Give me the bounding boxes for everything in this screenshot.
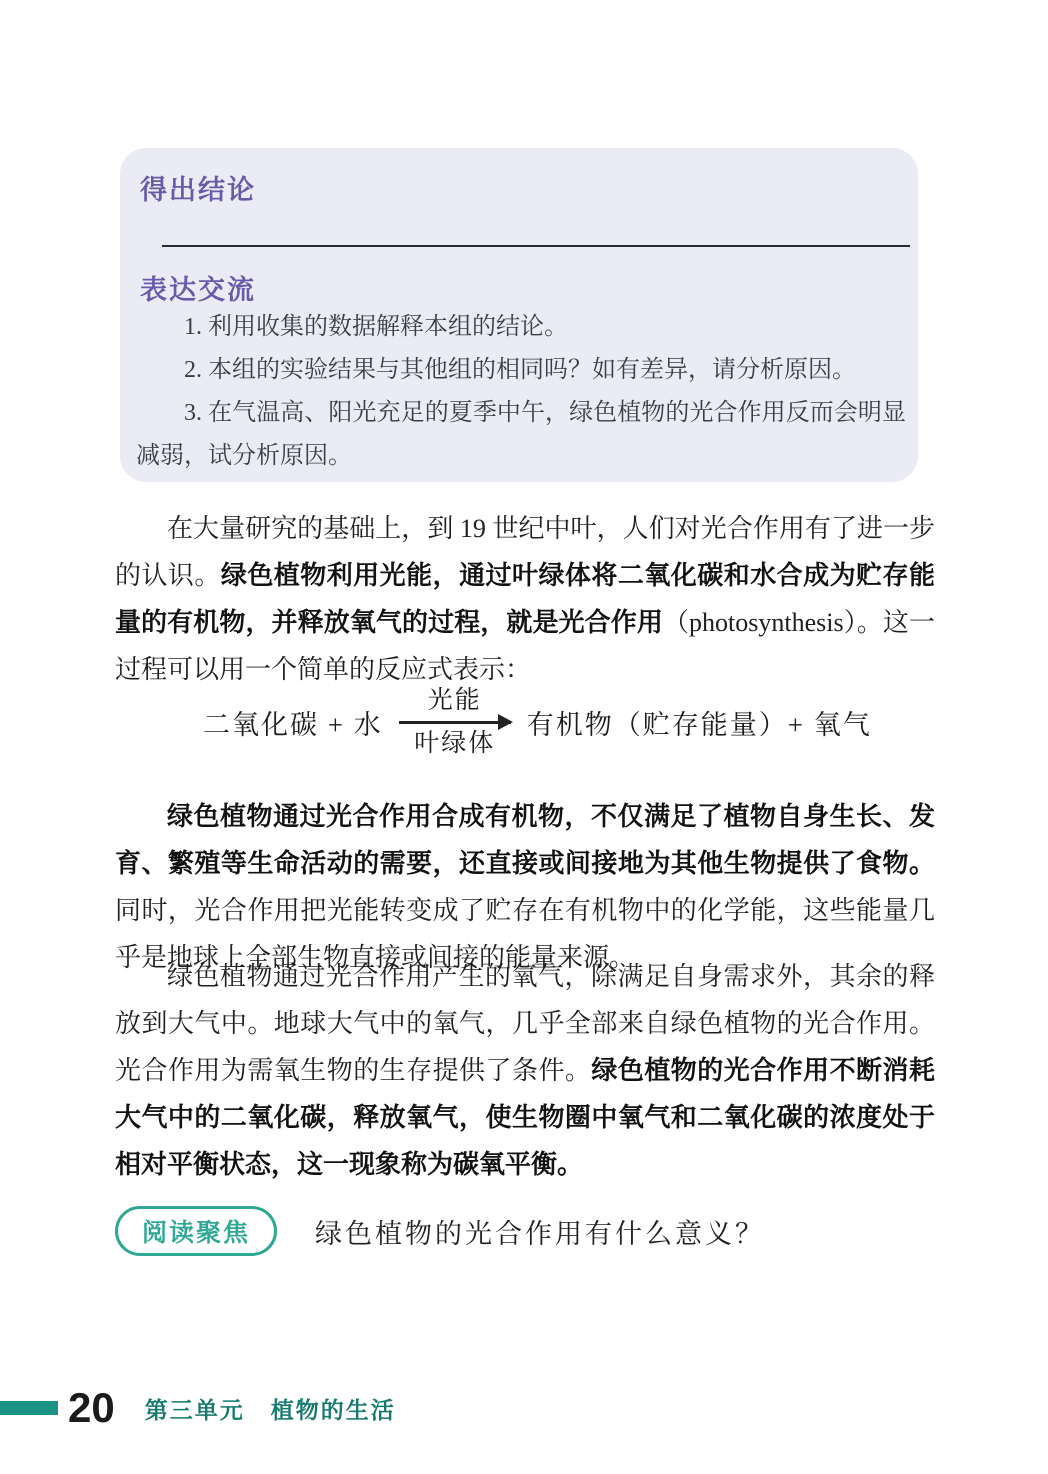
paragraph-photosynthesis-definition: 在大量研究的基础上，到 19 世纪中叶，人们对光合作用有了进一步的认识。绿色植物… [115,505,935,693]
discussion-item-2: 2. 本组的实验结果与其他组的相同吗？如有差异，请分析原因。 [136,349,906,392]
photosynthesis-equation: 二氧化碳 + 水 光能 叶绿体 有机物（贮存能量）+ 氧气 [115,686,935,759]
equation-condition-light: 光能 [428,686,482,716]
reading-focus-row: 阅读聚焦 绿色植物的光合作用有什么意义？ [115,1206,765,1256]
discussion-item-3: 3. 在气温高、阳光充足的夏季中午，绿色植物的光合作用反而会明显减弱，试分析原因… [136,392,906,478]
equation-reactants: 二氧化碳 + 水 [203,703,383,742]
activity-box: 得出结论 表达交流 1. 利用收集的数据解释本组的结论。 2. 本组的实验结果与… [120,148,918,482]
discussion-item-1: 1. 利用收集的数据解释本组的结论。 [136,306,906,349]
right-arrow-icon [399,721,511,724]
section-heading-exchange: 表达交流 [140,268,256,307]
footer-unit-label: 第三单元 [145,1397,245,1423]
footer-chapter-title: 植物的生活 [271,1397,396,1423]
p2-bold: 绿色植物通过光合作用合成有机物，不仅满足了植物自身生长、发育、繁殖等生命活动的需… [115,801,935,878]
page-footer: 20 第三单元植物的生活 [0,1380,1048,1436]
paragraph-oxygen-carbon-balance: 绿色植物通过光合作用产生的氧气，除满足自身需求外，其余的释放到大气中。地球大气中… [115,953,935,1188]
fill-in-blank-line [162,245,910,247]
discussion-item-list: 1. 利用收集的数据解释本组的结论。 2. 本组的实验结果与其他组的相同吗？如有… [136,306,906,478]
equation-condition-chloroplast: 叶绿体 [414,729,495,759]
reading-focus-question: 绿色植物的光合作用有什么意义？ [315,1212,765,1251]
footer-accent-bar [0,1401,58,1415]
reading-focus-badge: 阅读聚焦 [115,1206,277,1256]
textbook-page: 得出结论 表达交流 1. 利用收集的数据解释本组的结论。 2. 本组的实验结果与… [0,0,1048,1474]
equation-products: 有机物（贮存能量）+ 氧气 [527,703,872,742]
footer-unit-title: 第三单元植物的生活 [145,1392,396,1425]
page-number: 20 [68,1384,115,1432]
section-heading-conclusion: 得出结论 [140,168,256,207]
equation-arrow-group: 光能 叶绿体 [399,686,511,759]
